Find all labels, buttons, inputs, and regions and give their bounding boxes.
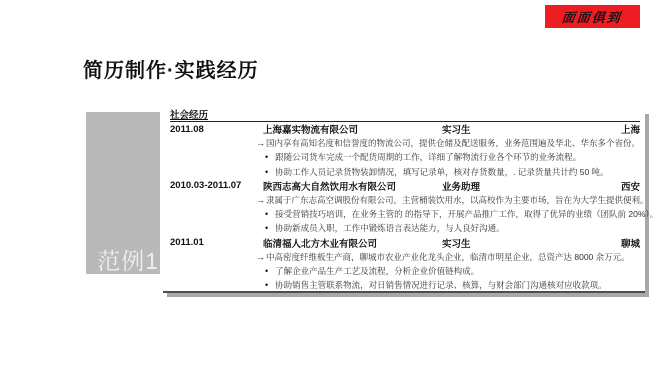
bullet-icon: • bbox=[265, 209, 268, 219]
entry-summary: → 国内享有高知名度和信誉度的物流公司，提供仓储及配送服务，业务范围遍及华北、华… bbox=[256, 136, 640, 150]
brand-logo: 面面俱到 bbox=[545, 5, 640, 28]
entry-summary-text: 中高密度纤维板生产商，聊城市农业产业化龙头企业，临清市明星企业，总资产达 800… bbox=[266, 251, 630, 263]
page-title: 简历制作·实践经历 bbox=[83, 54, 259, 83]
entry-bullet-text: 协助销售主管联系物流，对日销售情况进行记录、核算，与财会部门沟通核对应收款项。 bbox=[275, 279, 607, 291]
bullet-icon: • bbox=[265, 223, 268, 233]
entry-role: 业务助理 bbox=[442, 179, 621, 193]
arrow-icon: → bbox=[256, 138, 265, 148]
experience-entry: 2011.01 临清福人北方木业有限公司 实习生 聊城 → 中高密度纤维板生产商… bbox=[170, 236, 640, 293]
example-label: 范例1 bbox=[97, 250, 159, 273]
entry-bullet: • 跟随公司货车完成一个配货周期的工作，详细了解物流行业各个环节的业务流程。 bbox=[265, 150, 640, 164]
entry-date: 2011.08 bbox=[170, 124, 263, 135]
entry-location: 聊城 bbox=[621, 236, 640, 250]
entry-bullet-text: 协助工作人员记录货物装卸情况，填写记录单，核对存货数量，. 记录货量共计约 50… bbox=[275, 166, 608, 178]
entry-summary: → 中高密度纤维板生产商，聊城市农业产业化龙头企业，临清市明星企业，总资产达 8… bbox=[256, 250, 640, 264]
entry-date: 2011.01 bbox=[170, 237, 263, 248]
section-header: 社会经历 bbox=[170, 110, 640, 122]
entry-bullet: • 接受营销技巧培训，在业务主管的 的指导下，开展产品推广工作，取得了优异的业绩… bbox=[265, 207, 640, 221]
entry-company: 上海嘉实物流有限公司 bbox=[263, 122, 442, 136]
entry-bullet: • 协助工作人员记录货物装卸情况，填写记录单，核对存货数量，. 记录货量共计约 … bbox=[265, 165, 640, 179]
resume-sample-card: 社会经历 2011.08 上海嘉实物流有限公司 实习生 上海 → 国内享有高知名… bbox=[163, 110, 645, 293]
arrow-icon: → bbox=[256, 195, 265, 205]
example-label-tab: 范例1 bbox=[86, 112, 160, 274]
experience-entry: 2011.08 上海嘉实物流有限公司 实习生 上海 → 国内享有高知名度和信誉度… bbox=[170, 122, 640, 179]
bullet-icon: • bbox=[265, 152, 268, 162]
brand-logo-text: 面面俱到 bbox=[561, 7, 623, 26]
entry-date: 2010.03-2011.07 bbox=[170, 180, 263, 191]
entry-location: 上海 bbox=[621, 122, 640, 136]
entry-company: 陕西志高大自然饮用水有限公司 bbox=[263, 179, 442, 193]
bullet-icon: • bbox=[265, 167, 268, 177]
entry-role: 实习生 bbox=[442, 236, 621, 250]
entry-header-row: 2011.08 上海嘉实物流有限公司 实习生 上海 bbox=[170, 122, 640, 136]
entry-summary-text: 隶属于广东志高空调股份有限公司，主营桶装饮用水，以高校作为主要市场，旨在为大学生… bbox=[266, 194, 649, 206]
entry-bullet-text: 跟随公司货车完成一个配货周期的工作，详细了解物流行业各个环节的业务流程。 bbox=[275, 151, 581, 163]
entry-summary: → 隶属于广东志高空调股份有限公司，主营桶装饮用水，以高校作为主要市场，旨在为大… bbox=[256, 193, 640, 207]
entry-bullet-text: 接受营销技巧培训，在业务主管的 的指导下，开展产品推广工作，取得了优异的业绩（团… bbox=[275, 208, 658, 220]
entry-bullet: • 协助新成员入职，工作中锻炼语言表达能力，与人良好沟通。 bbox=[265, 221, 640, 235]
arrow-icon: → bbox=[256, 252, 265, 262]
bullet-icon: • bbox=[265, 280, 268, 290]
bullet-icon: • bbox=[265, 266, 268, 276]
section-title: 社会经历 bbox=[170, 111, 208, 121]
entry-role: 实习生 bbox=[442, 122, 621, 136]
entry-location: 西安 bbox=[621, 179, 640, 193]
entry-bullet: • 协助销售主管联系物流，对日销售情况进行记录、核算，与财会部门沟通核对应收款项… bbox=[265, 278, 640, 292]
experience-entry: 2010.03-2011.07 陕西志高大自然饮用水有限公司 业务助理 西安 →… bbox=[170, 179, 640, 236]
entry-summary-text: 国内享有高知名度和信誉度的物流公司，提供仓储及配送服务，业务范围遍及华北、华东多… bbox=[266, 137, 640, 149]
entry-bullet-text: 了解企业产品生产工艺及流程，分析企业价值链构成。 bbox=[275, 265, 479, 277]
entry-header-row: 2010.03-2011.07 陕西志高大自然饮用水有限公司 业务助理 西安 bbox=[170, 179, 640, 193]
entry-header-row: 2011.01 临清福人北方木业有限公司 实习生 聊城 bbox=[170, 236, 640, 250]
entry-bullet: • 了解企业产品生产工艺及流程，分析企业价值链构成。 bbox=[265, 264, 640, 278]
entry-company: 临清福人北方木业有限公司 bbox=[263, 236, 442, 250]
entry-bullet-text: 协助新成员入职，工作中锻炼语言表达能力，与人良好沟通。 bbox=[275, 222, 505, 234]
